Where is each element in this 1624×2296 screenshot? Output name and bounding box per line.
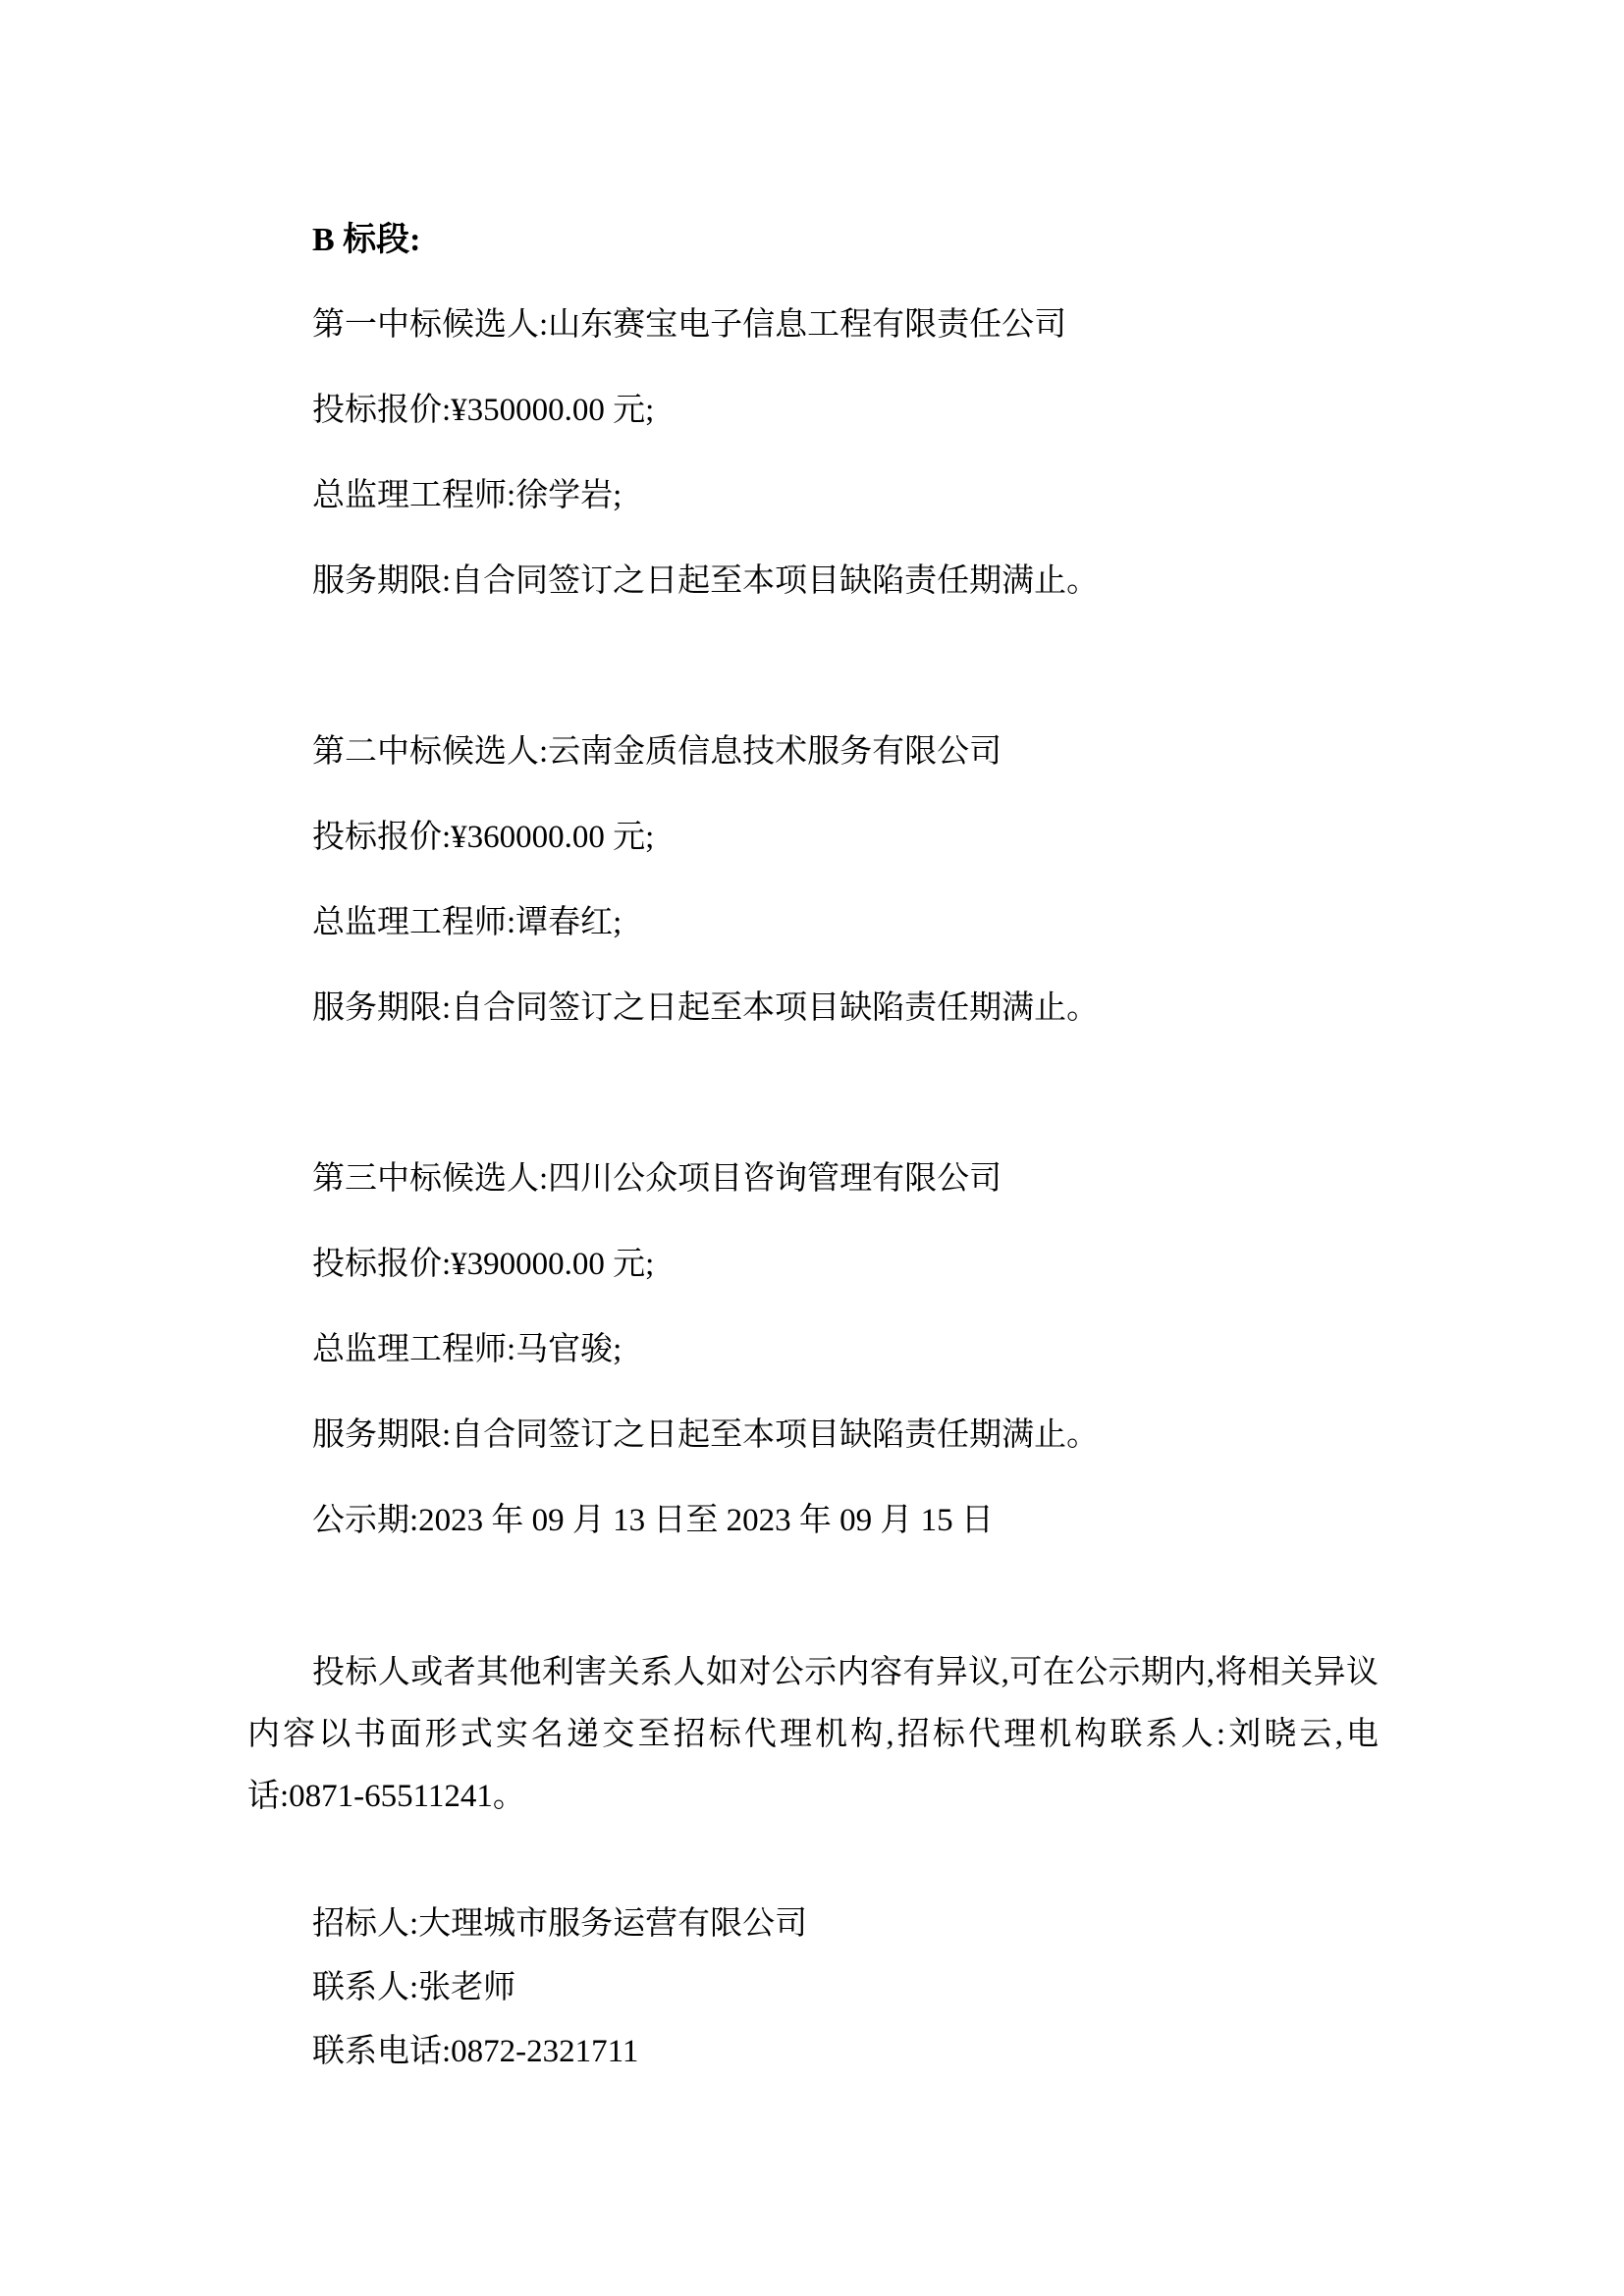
contact-person-line: 联系人:张老师 — [247, 1956, 1379, 2020]
candidate-3-bid-price: 投标报价:¥390000.00 元; — [247, 1234, 1379, 1296]
objection-paragraph: 投标人或者其他利害关系人如对公示内容有异议,可在公示期内,将相关异议内容以书面形… — [247, 1642, 1379, 1828]
candidate-3-chief-engineer: 总监理工程师:马官骏; — [247, 1319, 1379, 1381]
publicity-period-line: 公示期:2023 年 09 月 13 日至 2023 年 09 月 15 日 — [247, 1490, 1379, 1552]
document-page: B 标段: 第一中标候选人:山东赛宝电子信息工程有限责任公司 投标报价:¥350… — [0, 0, 1624, 2296]
candidate-1-service-period: 服务期限:自合同签订之日起至本项目缺陷责任期满止。 — [247, 551, 1379, 613]
contact-phone-line: 联系电话:0872-2321711 — [247, 2020, 1379, 2084]
candidate-3-service-period: 服务期限:自合同签订之日起至本项目缺陷责任期满止。 — [247, 1405, 1379, 1467]
blank-line — [247, 1063, 1379, 1148]
candidate-1-title: 第一中标候选人:山东赛宝电子信息工程有限责任公司 — [247, 294, 1379, 356]
blank-line — [247, 1828, 1379, 1893]
candidate-1-bid-price: 投标报价:¥350000.00 元; — [247, 380, 1379, 442]
candidate-1-chief-engineer: 总监理工程师:徐学岩; — [247, 465, 1379, 527]
candidate-3-title: 第三中标候选人:四川公众项目咨询管理有限公司 — [247, 1148, 1379, 1210]
candidate-2-service-period: 服务期限:自合同签订之日起至本项目缺陷责任期满止。 — [247, 978, 1379, 1040]
tenderer-line: 招标人:大理城市服务运营有限公司 — [247, 1893, 1379, 1956]
candidate-2-bid-price: 投标报价:¥360000.00 元; — [247, 807, 1379, 869]
section-heading: B 标段: — [247, 209, 1379, 271]
blank-line — [247, 1575, 1379, 1642]
blank-line — [247, 636, 1379, 721]
candidate-2-title: 第二中标候选人:云南金质信息技术服务有限公司 — [247, 721, 1379, 783]
candidate-2-chief-engineer: 总监理工程师:谭春红; — [247, 892, 1379, 954]
